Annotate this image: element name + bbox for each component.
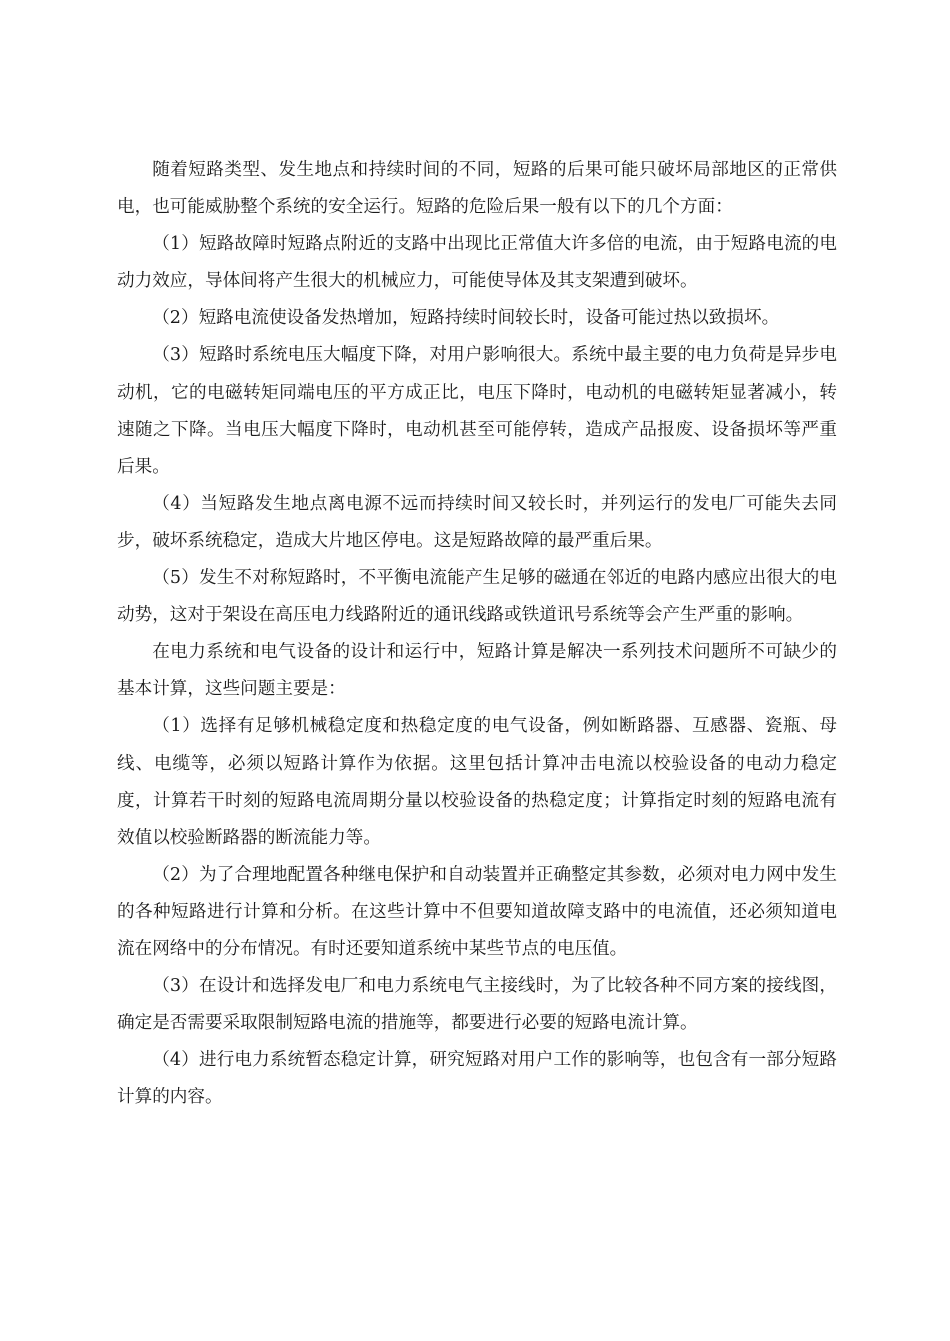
paragraph-calculation-1: （1）选择有足够机械稳定度和热稳定度的电气设备，例如断路器、互感器、瓷瓶、母线、… [117,708,837,856]
paragraph-consequence-3: （3）短路时系统电压大幅度下降，对用户影响很大。系统中最主要的电力负荷是异步电动… [117,337,837,485]
paragraph-consequence-4: （4）当短路发生地点离电源不远而持续时间又较长时，并列运行的发电厂可能失去同步，… [117,486,837,560]
paragraph-consequence-1: （1）短路故障时短路点附近的支路中出现比正常值大许多倍的电流，由于短路电流的电动… [117,226,837,300]
paragraph-calculation-2: （2）为了合理地配置各种继电保护和自动装置并正确整定其参数，必须对电力网中发生的… [117,857,837,968]
paragraph-consequence-2: （2）短路电流使设备发热增加，短路持续时间较长时，设备可能过热以致损坏。 [117,300,837,337]
paragraph-calculation-4: （4）进行电力系统暂态稳定计算，研究短路对用户工作的影响等，也包含有一部分短路计… [117,1042,837,1116]
document-page: 随着短路类型、发生地点和持续时间的不同，短路的后果可能只破坏局部地区的正常供电，… [117,152,837,1116]
paragraph-intro-calculation: 在电力系统和电气设备的设计和运行中，短路计算是解决一系列技术问题所不可缺少的基本… [117,634,837,708]
paragraph-calculation-3: （3）在设计和选择发电厂和电力系统电气主接线时，为了比较各种不同方案的接线图，确… [117,968,837,1042]
paragraph-consequence-5: （5）发生不对称短路时，不平衡电流能产生足够的磁通在邻近的电路内感应出很大的电动… [117,560,837,634]
paragraph-intro-consequences: 随着短路类型、发生地点和持续时间的不同，短路的后果可能只破坏局部地区的正常供电，… [117,152,837,226]
